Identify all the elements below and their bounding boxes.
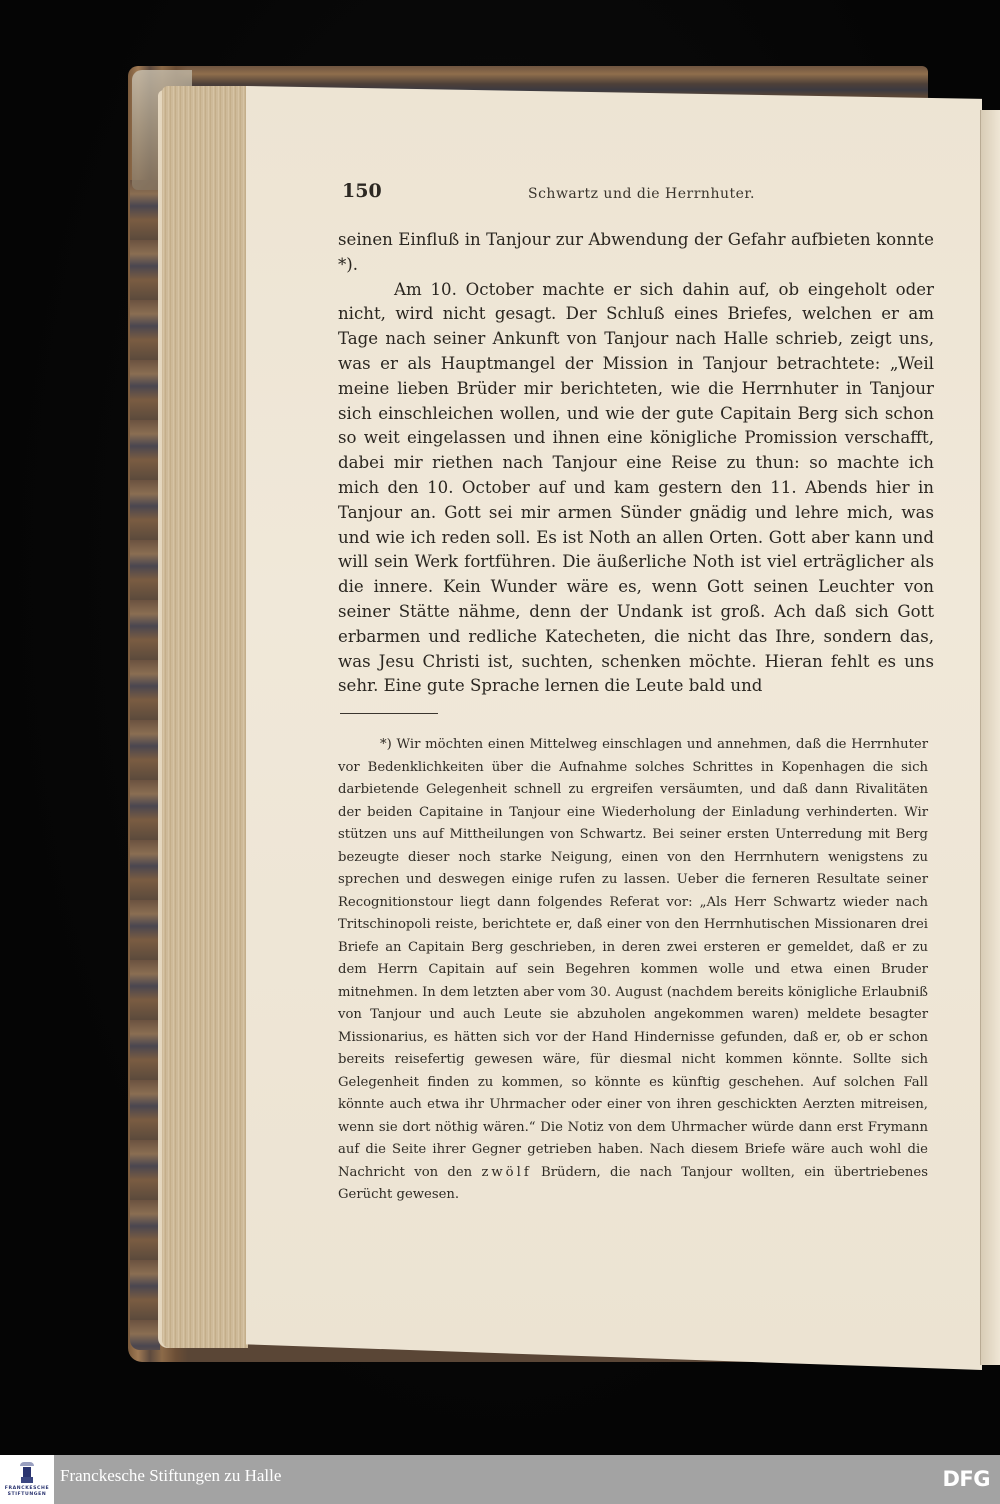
dfg-logo[interactable]: DFG (942, 1467, 990, 1491)
footnote-spaced-word: zwölf (481, 1165, 531, 1180)
founder-statue-icon (20, 1462, 34, 1484)
next-page-edge (980, 110, 1000, 1365)
running-title: Schwartz und die Herrnhuter. (528, 186, 755, 202)
book-cover-spine-edge (130, 180, 160, 1350)
footnote-divider (340, 713, 438, 714)
footnote-text: *) Wir möchten einen Mittelweg einschlag… (338, 737, 928, 1180)
logo-text-line2: STIFTUNGEN (8, 1492, 47, 1498)
credit-bar: FRANCKESCHE STIFTUNGEN Franckesche Stift… (0, 1455, 1000, 1504)
institution-name[interactable]: Franckesche Stiftungen zu Halle (60, 1466, 281, 1486)
franckesche-logo[interactable]: FRANCKESCHE STIFTUNGEN (0, 1455, 54, 1504)
paragraph-continuation: seinen Einfluß in Tanjour zur Abwendung … (338, 228, 934, 278)
footnote: *) Wir möchten einen Mittelweg einschlag… (338, 734, 928, 1207)
body-text: seinen Einfluß in Tanjour zur Abwendung … (338, 228, 934, 699)
page-stack-edges (162, 86, 248, 1348)
page-content: 150 Schwartz und die Herrnhuter. seinen … (338, 180, 934, 1207)
paragraph: Am 10. October machte er sich dahin auf,… (338, 278, 934, 700)
running-head: 150 Schwartz und die Herrnhuter. (338, 180, 934, 210)
page-number: 150 (342, 180, 382, 202)
